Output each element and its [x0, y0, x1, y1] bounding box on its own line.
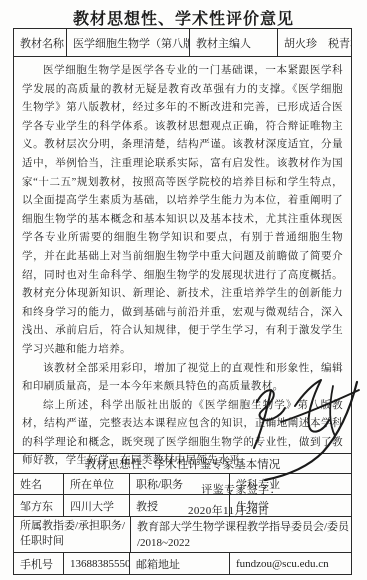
chief-editor-value: 胡火珍 税青林 [277, 29, 351, 56]
expert-position-header: 职称/职务 [129, 474, 229, 494]
review-paragraph-1: 医学细胞生物学是医学各专业的一门基础课，一本紧跟医学科学发展的高质量的教材无疑是… [22, 62, 343, 360]
chief-editor-label: 教材主编人 [189, 29, 277, 56]
committee-label: 所属教指委/承担职务/任职时间 [14, 517, 130, 552]
expert-name-header: 姓名 [14, 474, 63, 494]
committee-row: 所属教指委/承担职务/任职时间 教育部大学生物学课程教学指导委员会/委员 /20… [14, 516, 351, 552]
page-title: 教材思想性、学术性评价意见 [0, 0, 367, 29]
expert-name-value: 邹方东 [14, 495, 63, 516]
expert-discipline-value: 生物学 [229, 495, 351, 516]
email-label: 邮箱地址 [129, 553, 229, 574]
phone-label: 手机号 [14, 553, 63, 574]
expert-workplace-header: 所在单位 [63, 474, 129, 494]
expert-header-row: 姓名 所在单位 职称/职务 学科专业 [14, 473, 351, 494]
evaluation-table: 教材名称 医学细胞生物学（第八版） 教材主编人 胡火珍 税青林 医学细胞生物学是… [13, 28, 352, 575]
phone-value: 13688385550 [63, 553, 129, 574]
expert-value-row: 邹方东 四川大学 教授 生物学 [14, 494, 351, 516]
committee-value: 教育部大学生物学课程教学指导委员会/委员 /2018~2022 [130, 517, 351, 552]
expert-position-value: 教授 [129, 495, 229, 516]
review-paragraph-2: 该教材全部采用彩印，增加了视觉上的直观性和形象性，编辑和印刷质量高，是一本今年来… [22, 360, 343, 397]
expert-discipline-header: 学科专业 [229, 474, 351, 494]
textbook-info-row: 教材名称 医学细胞生物学（第八版） 教材主编人 胡火珍 税青林 [14, 29, 351, 56]
email-value: fundzou@scu.edu.cn [229, 553, 351, 574]
textbook-name-value: 医学细胞生物学（第八版） [66, 29, 189, 56]
expert-workplace-value: 四川大学 [63, 495, 129, 516]
review-text-cell: 医学细胞生物学是医学各专业的一门基础课，一本紧跟医学科学发展的高质量的教材无疑是… [14, 56, 351, 453]
textbook-name-label: 教材名称 [14, 29, 66, 56]
document-page: 教材思想性、学术性评价意见 教材名称 医学细胞生物学（第八版） 教材主编人 胡火… [0, 0, 367, 580]
contact-row: 手机号 13688385550 邮箱地址 fundzou@scu.edu.cn [14, 552, 351, 574]
